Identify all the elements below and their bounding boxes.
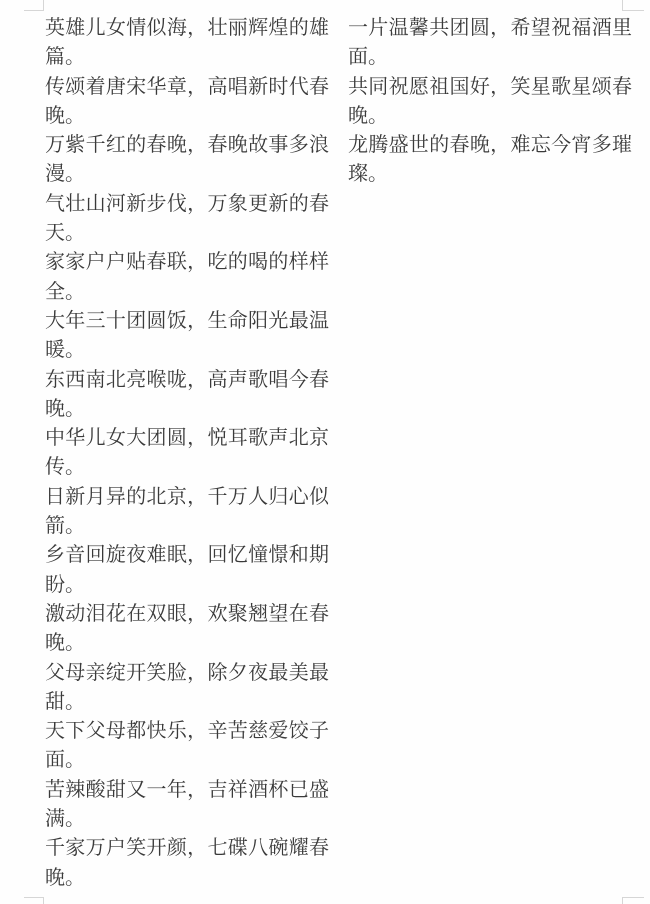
lyric-paragraph: 共同祝愿祖国好，笑星歌星颂春晚。 <box>348 73 632 132</box>
text-column-left: 英雄儿女情似海，壮丽辉煌的雄篇。 传颂着唐宋华章，高唱新时代春晚。 万紫千红的春… <box>45 14 329 893</box>
margin-crop-mark-top-left <box>24 0 44 11</box>
lyric-paragraph: 日新月异的北京，千万人归心似箭。 <box>45 483 329 542</box>
lyric-paragraph: 中华儿女大团圆，悦耳歌声北京传。 <box>45 424 329 483</box>
lyric-paragraph: 激动泪花在双眼，欢聚翘望在春晚。 <box>45 600 329 659</box>
lyric-paragraph: 英雄儿女情似海，壮丽辉煌的雄篇。 <box>45 14 329 73</box>
lyric-paragraph: 东西南北亮喉咙，高声歌唱今春晚。 <box>45 366 329 425</box>
lyric-paragraph: 乡音回旋夜难眠，回忆憧憬和期盼。 <box>45 541 329 600</box>
lyric-paragraph: 家家户户贴春联，吃的喝的样样全。 <box>45 248 329 307</box>
lyric-paragraph: 父母亲绽开笑脸，除夕夜最美最甜。 <box>45 659 329 718</box>
text-column-right: 一片温馨共团圆，希望祝福酒里面。 共同祝愿祖国好，笑星歌星颂春晚。 龙腾盛世的春… <box>348 14 632 190</box>
lyric-paragraph: 千家万户笑开颜，七碟八碗耀春晚。 <box>45 834 329 893</box>
margin-crop-mark-bottom-right <box>622 897 644 904</box>
document-page: 英雄儿女情似海，壮丽辉煌的雄篇。 传颂着唐宋华章，高唱新时代春晚。 万紫千红的春… <box>0 0 650 904</box>
margin-crop-mark-top-right <box>622 0 644 11</box>
lyric-paragraph: 传颂着唐宋华章，高唱新时代春晚。 <box>45 73 329 132</box>
lyric-paragraph: 天下父母都快乐，辛苦慈爱饺子面。 <box>45 717 329 776</box>
margin-crop-mark-bottom-left <box>24 897 44 904</box>
lyric-paragraph: 苦辣酸甜又一年，吉祥酒杯已盛满。 <box>45 776 329 835</box>
lyric-paragraph: 万紫千红的春晚，春晚故事多浪漫。 <box>45 131 329 190</box>
lyric-paragraph: 大年三十团圆饭，生命阳光最温暖。 <box>45 307 329 366</box>
lyric-paragraph: 龙腾盛世的春晚，难忘今宵多璀璨。 <box>348 131 632 190</box>
lyric-paragraph: 气壮山河新步伐，万象更新的春天。 <box>45 190 329 249</box>
lyric-paragraph: 一片温馨共团圆，希望祝福酒里面。 <box>348 14 632 73</box>
